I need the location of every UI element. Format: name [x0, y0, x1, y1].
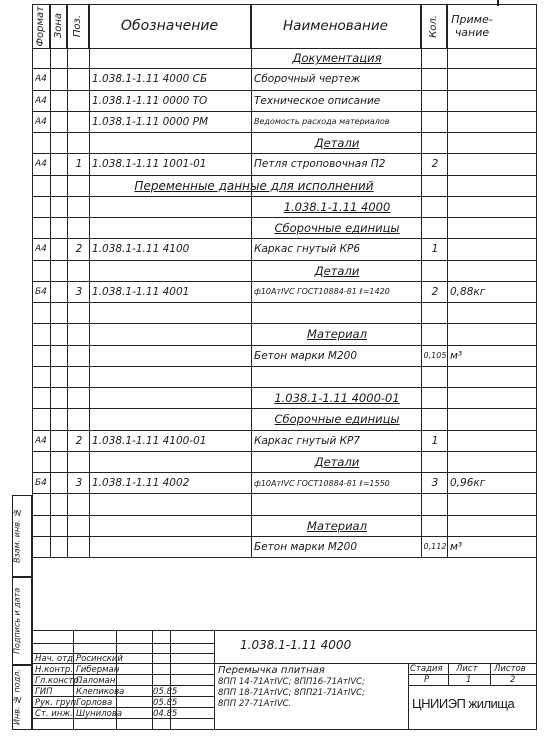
- cell-qty: [424, 452, 446, 472]
- cell-pos: [70, 197, 88, 217]
- staff-role: Рук. груп.: [35, 698, 79, 708]
- section-span-heading: Переменные данные для исполнений: [89, 176, 419, 196]
- product-line-3: 8ПП 27-71АтIVС.: [218, 699, 291, 709]
- cell-qty: [424, 69, 446, 89]
- table-row: А411.038.1-1.11 1001-01Петля строповочна…: [32, 154, 537, 175]
- cell-name: Документация: [254, 48, 420, 68]
- cell-name: [254, 367, 420, 387]
- cell-format: [35, 346, 49, 366]
- cell-note: [450, 91, 496, 111]
- cell-format: [35, 48, 49, 68]
- product-line-1: 8ПП 14-71АтIVС; 8ПП16-71АтIVС;: [218, 677, 365, 687]
- cell-note: [450, 367, 496, 387]
- cell-qty: [424, 261, 446, 281]
- cell-name: ф10АтIVС ГОСТ10884-81 ℓ=1420: [254, 282, 420, 302]
- header-qty: Кол.: [421, 4, 447, 48]
- cell-name: Детали: [254, 261, 420, 281]
- table-row: 1.038.1-1.11 4000-01: [32, 388, 537, 409]
- table-row: Детали: [32, 261, 537, 282]
- table-row: Б431.038.1-1.11 4002ф10АтIVС ГОСТ10884-8…: [32, 473, 537, 494]
- cell-format: А4: [35, 239, 49, 259]
- cell-name: Материал: [254, 516, 420, 536]
- staff-name: Росинский: [76, 654, 123, 664]
- cell-qty: [424, 409, 446, 429]
- cell-designation: [92, 537, 250, 557]
- cell-format: А4: [35, 69, 49, 89]
- table-row: А421.038.1-1.11 4100Каркас гнутый КР61: [32, 239, 537, 260]
- cell-designation: [92, 367, 250, 387]
- cell-format: [35, 516, 49, 536]
- cell-designation: [92, 452, 250, 472]
- cell-note: [450, 69, 496, 89]
- side-label-inv-podl: Инв. № подл.: [12, 665, 22, 730]
- cell-name: 1.038.1-1.11 4000-01: [254, 388, 420, 408]
- cell-qty: [424, 324, 446, 344]
- table-row: Переменные данные для исполнений: [32, 176, 537, 197]
- cell-format: [35, 324, 49, 344]
- table-row: [32, 367, 537, 388]
- staff-date: 05.85: [153, 698, 177, 708]
- cell-format: [35, 197, 49, 217]
- cell-pos: [70, 516, 88, 536]
- cell-qty: 1: [424, 431, 446, 451]
- cell-format: [35, 133, 49, 153]
- cell-note: [450, 452, 496, 472]
- cell-note: [450, 516, 496, 536]
- cell-pos: 2: [70, 431, 88, 451]
- cell-pos: [70, 409, 88, 429]
- side-label-vzam-inv: Взам. инв. №: [12, 495, 22, 577]
- cell-format: [35, 367, 49, 387]
- cell-note: [450, 261, 496, 281]
- cell-designation: [92, 303, 250, 323]
- header-zone: Зона: [50, 4, 67, 48]
- cell-qty: [424, 133, 446, 153]
- staff-role: Н.контр.: [35, 665, 73, 675]
- staff-name: Шунилова: [76, 709, 122, 719]
- cell-pos: [70, 367, 88, 387]
- cell-pos: [70, 261, 88, 281]
- cell-note: [450, 197, 496, 217]
- cell-note: [450, 48, 496, 68]
- table-row: Детали: [32, 133, 537, 154]
- cell-designation: [92, 261, 250, 281]
- cell-designation: [92, 324, 250, 344]
- staff-name: Горлова: [76, 698, 112, 708]
- staff-name: Паломан: [76, 676, 115, 686]
- cell-format: Б4: [35, 282, 49, 302]
- cell-pos: [70, 388, 88, 408]
- sheet-corner-mark: [497, 0, 499, 6]
- cell-name: [254, 494, 420, 514]
- product-title: Перемычка плитная: [218, 665, 325, 676]
- cell-pos: [70, 494, 88, 514]
- cell-qty: [424, 388, 446, 408]
- header-name: Наименование: [251, 4, 421, 48]
- cell-qty: [424, 516, 446, 536]
- cell-qty: [424, 48, 446, 68]
- cell-note: 0,88кг: [450, 282, 496, 302]
- cell-name: Бетон марки М200: [254, 537, 420, 557]
- cell-note: [450, 409, 496, 429]
- cell-designation: 1.038.1-1.11 4100-01: [92, 431, 250, 451]
- cell-note: [450, 388, 496, 408]
- cell-pos: 3: [70, 282, 88, 302]
- cell-designation: [92, 388, 250, 408]
- cell-designation: [92, 409, 250, 429]
- sheet-label: Лист: [456, 664, 478, 674]
- cell-format: [35, 494, 49, 514]
- table-row: А41.038.1-1.11 0000 ТОТехническое описан…: [32, 91, 537, 112]
- cell-format: А4: [35, 431, 49, 451]
- table-row: Бетон марки М2000,105м³: [32, 346, 537, 367]
- sheet-value: 1: [466, 675, 471, 685]
- cell-qty: 2: [424, 282, 446, 302]
- cell-designation: [92, 346, 250, 366]
- cell-pos: 1: [70, 154, 88, 174]
- table-row: [32, 303, 537, 324]
- cell-format: [35, 452, 49, 472]
- header-designation: Обозначение: [89, 4, 251, 48]
- cell-format: [35, 537, 49, 557]
- cell-name: Детали: [254, 452, 420, 472]
- cell-designation: [92, 197, 250, 217]
- header-format: Формат: [32, 4, 50, 48]
- cell-name: Петля строповочная П2: [254, 154, 420, 174]
- staff-name: Клепикова: [76, 687, 124, 697]
- cell-name: Ведомость расхода материалов: [254, 112, 420, 132]
- cell-name: [254, 303, 420, 323]
- cell-designation: 1.038.1-1.11 4001: [92, 282, 250, 302]
- staff-role: Гл.констр.: [35, 676, 81, 686]
- table-row: 1.038.1-1.11 4000: [32, 197, 537, 218]
- cell-qty: 0,112: [424, 537, 446, 557]
- cell-format: [35, 409, 49, 429]
- staff-role: Ст. инж.: [35, 709, 73, 719]
- cell-format: [35, 303, 49, 323]
- cell-pos: [70, 346, 88, 366]
- title-doc-code: 1.038.1-1.11 4000: [240, 638, 351, 652]
- cell-pos: [70, 324, 88, 344]
- cell-qty: 2: [424, 154, 446, 174]
- cell-format: А4: [35, 91, 49, 111]
- cell-qty: 3: [424, 473, 446, 493]
- grid-line: [447, 4, 448, 558]
- cell-name: Сборочные единицы: [254, 409, 420, 429]
- grid-line: [251, 4, 252, 558]
- header-note: Приме-чание: [447, 4, 497, 48]
- table-row: Б431.038.1-1.11 4001ф10АтIVС ГОСТ10884-8…: [32, 282, 537, 303]
- sheets-label: Листов: [494, 664, 526, 674]
- staff-role: ГИП: [35, 687, 53, 697]
- cell-designation: 1.038.1-1.11 4000 СБ: [92, 69, 250, 89]
- cell-designation: [92, 48, 250, 68]
- side-label-podpis-data: Подпись и дата: [12, 577, 22, 665]
- table-row: Сборочные единицы: [32, 218, 537, 239]
- cell-note: [450, 324, 496, 344]
- cell-designation: [92, 218, 250, 238]
- stage-value: Р: [424, 675, 429, 685]
- cell-pos: [70, 112, 88, 132]
- cell-qty: [424, 91, 446, 111]
- cell-designation: 1.038.1-1.11 0000 РМ: [92, 112, 250, 132]
- grid-line: [50, 4, 51, 558]
- cell-note: [450, 239, 496, 259]
- cell-qty: [424, 494, 446, 514]
- table-row: Сборочные единицы: [32, 409, 537, 430]
- cell-format: [35, 218, 49, 238]
- cell-note: 0,96кг: [450, 473, 496, 493]
- cell-designation: 1.038.1-1.11 0000 ТО: [92, 91, 250, 111]
- cell-qty: [424, 112, 446, 132]
- cell-pos: [70, 537, 88, 557]
- table-row: А41.038.1-1.11 0000 РМВедомость расхода …: [32, 112, 537, 133]
- cell-name: Бетон марки М200: [254, 346, 420, 366]
- cell-qty: [424, 218, 446, 238]
- cell-note: [450, 218, 496, 238]
- table-row: Материал: [32, 516, 537, 537]
- staff-date: 04.85: [153, 709, 177, 719]
- cell-pos: [70, 133, 88, 153]
- cell-qty: 0,105: [424, 346, 446, 366]
- cell-designation: [92, 516, 250, 536]
- header-pos: Поз.: [67, 4, 89, 48]
- cell-name: Детали: [254, 133, 420, 153]
- grid-line: [89, 4, 90, 558]
- staff-role: Нач. отд.: [35, 654, 76, 664]
- cell-qty: [424, 303, 446, 323]
- cell-format: А4: [35, 154, 49, 174]
- cell-note: м³: [450, 346, 496, 366]
- cell-note: [450, 431, 496, 451]
- cell-qty: [424, 367, 446, 387]
- cell-name: ф10АтIVС ГОСТ10884-81 ℓ=1550: [254, 473, 420, 493]
- cell-pos: [70, 303, 88, 323]
- table-row: [32, 494, 537, 515]
- cell-format: [35, 261, 49, 281]
- cell-format: [35, 388, 49, 408]
- staff-date: 05.85: [153, 687, 177, 697]
- cell-pos: [70, 91, 88, 111]
- cell-name: 1.038.1-1.11 4000: [254, 197, 420, 217]
- grid-line: [421, 4, 422, 558]
- cell-note: м³: [450, 537, 496, 557]
- cell-pos: [70, 69, 88, 89]
- cell-name: Техническое описание: [254, 91, 420, 111]
- cell-pos: [70, 218, 88, 238]
- cell-pos: [70, 48, 88, 68]
- sheets-value: 2: [510, 675, 515, 685]
- table-row: Бетон марки М2000,112м³: [32, 537, 537, 558]
- cell-designation: 1.038.1-1.11 1001-01: [92, 154, 250, 174]
- cell-designation: 1.038.1-1.11 4100: [92, 239, 250, 259]
- cell-qty: [424, 197, 446, 217]
- cell-note: [450, 112, 496, 132]
- cell-note: [450, 154, 496, 174]
- product-line-2: 8ПП 18-71АтIVС; 8ПП21-71АтIVС;: [218, 688, 365, 698]
- cell-format: Б4: [35, 473, 49, 493]
- cell-designation: [92, 494, 250, 514]
- organization-name: ЦНИИЭП жилища: [412, 696, 514, 711]
- cell-name: Материал: [254, 324, 420, 344]
- cell-note: [450, 303, 496, 323]
- staff-name: Гиберман: [76, 665, 119, 675]
- cell-name: Каркас гнутый КР7: [254, 431, 420, 451]
- stage-label: Стадия: [410, 664, 443, 674]
- table-row: Детали: [32, 452, 537, 473]
- grid-line: [67, 4, 68, 558]
- table-row: Материал: [32, 324, 537, 345]
- cell-designation: [92, 133, 250, 153]
- cell-format: А4: [35, 112, 49, 132]
- table-row: Документация: [32, 48, 537, 69]
- cell-name: Сборочные единицы: [254, 218, 420, 238]
- cell-designation: 1.038.1-1.11 4002: [92, 473, 250, 493]
- table-row: А41.038.1-1.11 4000 СБСборочный чертеж: [32, 69, 537, 90]
- cell-pos: [70, 452, 88, 472]
- cell-pos: 2: [70, 239, 88, 259]
- cell-name: Каркас гнутый КР6: [254, 239, 420, 259]
- cell-name: Сборочный чертеж: [254, 69, 420, 89]
- table-row: А421.038.1-1.11 4100-01Каркас гнутый КР7…: [32, 431, 537, 452]
- cell-note: [450, 494, 496, 514]
- cell-qty: 1: [424, 239, 446, 259]
- cell-note: [450, 133, 496, 153]
- cell-pos: 3: [70, 473, 88, 493]
